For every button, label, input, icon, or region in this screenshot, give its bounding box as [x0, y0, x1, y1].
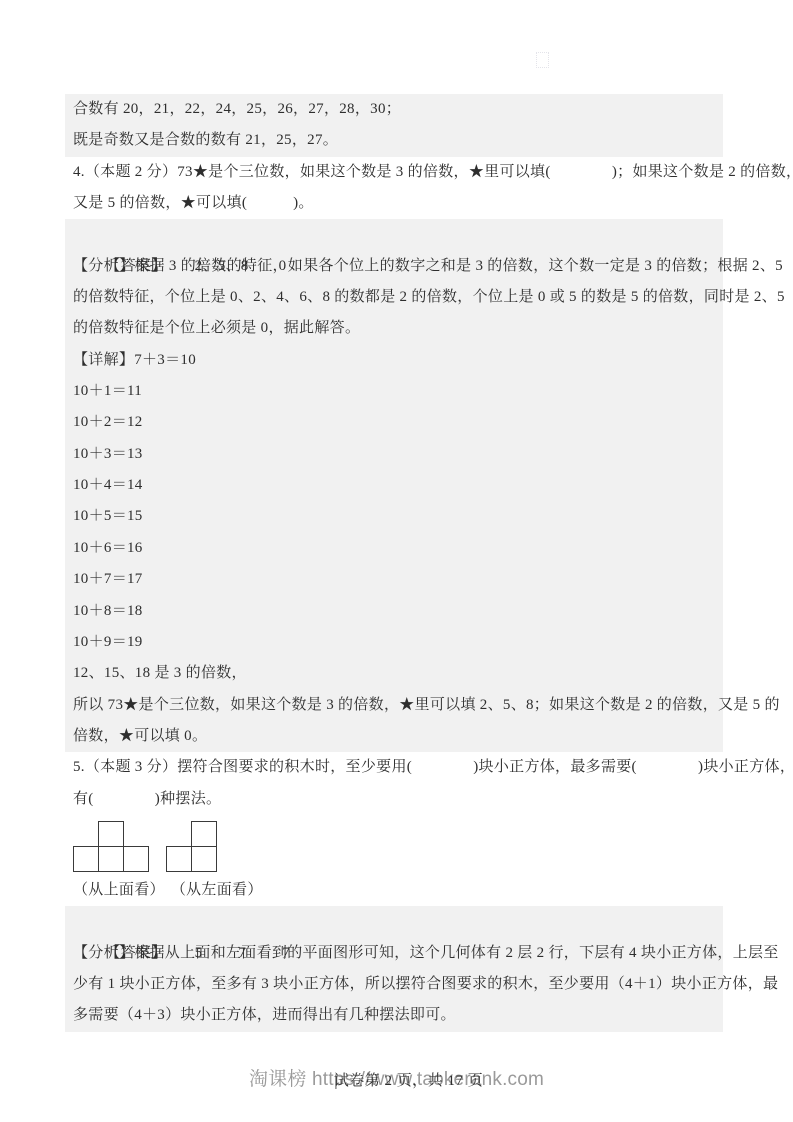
top-view-cell: [123, 846, 149, 872]
detail4-equation: 10＋6＝16: [65, 533, 723, 564]
question4-line1: 4.（本题 2 分）73★是个三位数，如果这个数是 3 的倍数，★里可以填( )…: [65, 157, 723, 188]
detail4-equation: 【详解】7＋3＝10: [65, 345, 723, 376]
answer5-block: 【答案】577 【分析】根据从上面和左面看到的平面图形可知，这个几何体有 2 层…: [65, 906, 723, 1031]
top-view-cell: [73, 846, 99, 872]
answer5-line: 【答案】577: [65, 906, 723, 937]
detail4-equation: 10＋7＝17: [65, 564, 723, 595]
top-view-caption: （从上面看）: [73, 875, 165, 906]
question5-line2: 有( )种摆法。: [65, 784, 723, 815]
detail4-equation: 10＋9＝19: [65, 627, 723, 658]
composite-numbers-line: 合数有 20，21，22，24，25，26，27，28，30；: [65, 94, 723, 125]
left-view-cell: [191, 846, 217, 872]
odd-and-composite-line: 既是奇数又是合数的数有 21，25，27。: [65, 125, 723, 156]
answer4-line: 【答案】2、5、80: [65, 219, 723, 250]
top-view-cell: [98, 821, 124, 847]
question4-block: 4.（本题 2 分）73★是个三位数，如果这个数是 3 的倍数，★里可以填( )…: [65, 157, 723, 220]
top-view-cell: [98, 846, 124, 872]
page-number-text: 试卷第 2 页，共 17 页: [12, 1069, 793, 1090]
faint-print-artifact: [536, 52, 549, 68]
analysis4-line3: 的倍数特征是个位上必须是 0，据此解答。: [65, 313, 723, 344]
conclusion4-line2: 所以 73★是个三位数，如果这个数是 3 的倍数，★里可以填 2、5、8；如果这…: [65, 690, 723, 721]
document-body: 合数有 20，21，22，24，25，26，27，28，30； 既是奇数又是合数…: [65, 94, 723, 1032]
detail4-equation: 10＋5＝15: [65, 501, 723, 532]
figure-captions: （从上面看） （从左面看）: [65, 875, 723, 906]
left-view-cell: [166, 846, 192, 872]
detail4-equation: 10＋4＝14: [65, 470, 723, 501]
analysis5-line1: 【分析】根据从上面和左面看到的平面图形可知，这个几何体有 2 层 2 行，下层有…: [65, 938, 723, 969]
question5-block: 5.（本题 3 分）摆符合图要求的积木时，至少要用( )块小正方体，最多需要( …: [65, 752, 723, 906]
page-footer: 淘课榜 https://www.taokerank.com 试卷第 2 页，共 …: [0, 1063, 793, 1097]
detail4-equation: 10＋3＝13: [65, 439, 723, 470]
worksheet-page: 合数有 20，21，22，24，25，26，27，28，30； 既是奇数又是合数…: [0, 0, 793, 1122]
conclusion4-line3: 倍数，★可以填 0。: [65, 721, 723, 752]
analysis5-line2: 少有 1 块小正方体，至多有 3 块小正方体，所以摆符合图要求的积木，至少要用（…: [65, 969, 723, 1000]
answer3-tail-block: 合数有 20，21，22，24，25，26，27，28，30； 既是奇数又是合数…: [65, 94, 723, 157]
left-view-cell: [191, 821, 217, 847]
question5-line1: 5.（本题 3 分）摆符合图要求的积木时，至少要用( )块小正方体，最多需要( …: [65, 752, 723, 783]
question4-line2: 又是 5 的倍数，★可以填( )。: [65, 188, 723, 219]
detail4-equation: 10＋2＝12: [65, 407, 723, 438]
analysis4-line1: 【分析】根据 3 的倍数的特征，如果各个位上的数字之和是 3 的倍数，这个数一定…: [65, 251, 723, 282]
answer4-block: 【答案】2、5、80 【分析】根据 3 的倍数的特征，如果各个位上的数字之和是 …: [65, 219, 723, 752]
analysis4-line2: 的倍数特征，个位上是 0、2、4、6、8 的数都是 2 的倍数，个位上是 0 或…: [65, 282, 723, 313]
detail4-equation: 10＋8＝18: [65, 596, 723, 627]
analysis5-line3: 多需要（4＋3）块小正方体，进而得出有几种摆法即可。: [65, 1000, 723, 1031]
detail4-equation: 10＋1＝11: [65, 376, 723, 407]
left-view-caption: （从左面看）: [171, 875, 263, 906]
question5-figures: [73, 819, 723, 875]
conclusion4-line1: 12、15、18 是 3 的倍数，: [65, 658, 723, 689]
